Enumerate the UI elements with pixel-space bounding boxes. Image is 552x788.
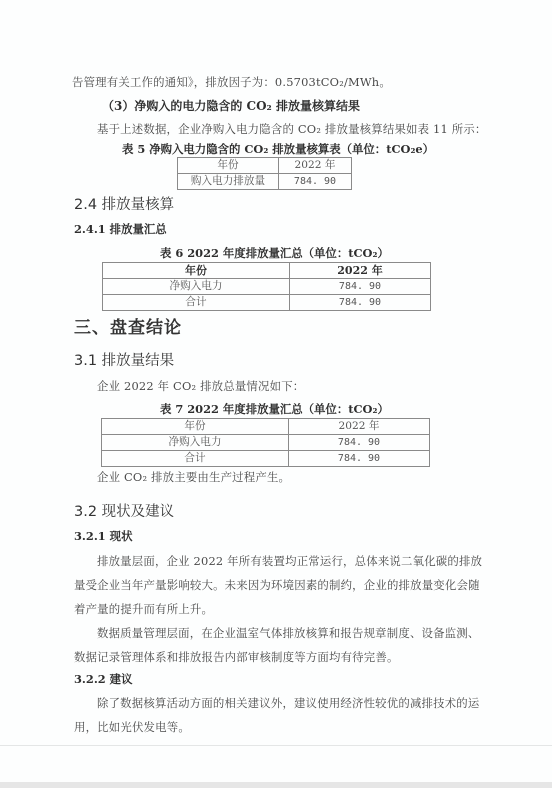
section-3-2-heading: 3.2 现状及建议 <box>74 500 174 521</box>
section-3-1-heading: 3.1 排放量结果 <box>74 349 174 370</box>
subheading-net-purchased-electricity: （3）净购入的电力隐含的 CO₂ 排放量核算结果 <box>102 97 360 114</box>
table-cell: 784. 90 <box>289 435 430 451</box>
paragraph-table-reference: 基于上述数据，企业净购入电力隐含的 CO₂ 排放量核算结果如表 11 所示： <box>97 121 487 137</box>
table-cell: 购入电力排放量 <box>178 174 279 190</box>
section-3-2-2-heading: 3.2.2 建议 <box>74 671 132 687</box>
table-header-row: 年份 2022 年 <box>102 419 430 435</box>
paragraph-status-line: 排放量层面，企业 2022 年所有装置均正常运行，总体来说二氧化碳的排放 <box>97 553 482 569</box>
table-row: 净购入电力 784. 90 <box>103 279 431 295</box>
paragraph-status-line: 量受企业当年产量影响较大。未来因为环境因素的制约，企业的排放量变化会随 <box>74 577 480 593</box>
paragraph-advice-line: 用，比如光伏发电等。 <box>74 719 190 735</box>
table7-caption: 表 7 2022 年度排放量汇总（单位：tCO₂） <box>160 401 389 417</box>
table-cell: 784. 90 <box>290 295 431 311</box>
table-row: 合计 784. 90 <box>103 295 431 311</box>
table7: 年份 2022 年 净购入电力 784. 90 合计 784. 90 <box>101 418 430 467</box>
table-header-cell: 年份 <box>103 263 290 279</box>
section-3-2-1-heading: 3.2.1 现状 <box>74 528 132 544</box>
document-page: 告管理有关工作的通知》，排放因子为：0.5703tCO₂/MWh。 （3）净购入… <box>0 0 552 788</box>
table-header-cell: 2022 年 <box>279 158 352 174</box>
section-2-4-1-heading: 2.4.1 排放量汇总 <box>74 221 167 237</box>
table-cell: 合计 <box>103 295 290 311</box>
table6-caption: 表 6 2022 年度排放量汇总（单位：tCO₂） <box>160 245 389 261</box>
intro-line: 告管理有关工作的通知》，排放因子为：0.5703tCO₂/MWh。 <box>72 74 391 90</box>
page-footer-divider <box>0 745 552 746</box>
table-header-row: 年份 2022 年 <box>103 263 431 279</box>
table-header-cell: 2022 年 <box>289 419 430 435</box>
table-cell: 净购入电力 <box>103 279 290 295</box>
page-bottom-edge <box>0 782 552 788</box>
table-cell: 净购入电力 <box>102 435 289 451</box>
paragraph-data-quality-line: 数据质量管理层面，在企业温室气体排放核算和报告规章制度、设备监测、 <box>97 625 480 641</box>
section-2-4-heading: 2.4 排放量核算 <box>74 193 174 214</box>
paragraph-advice-line: 除了数据核算活动方面的相关建议外，建议使用经济性较优的减排技术的运 <box>97 695 480 711</box>
table-header-row: 年份 2022 年 <box>178 158 352 174</box>
paragraph-total-emissions: 企业 2022 年 CO₂ 排放总量情况如下： <box>97 378 304 394</box>
table-row: 合计 784. 90 <box>102 451 430 467</box>
paragraph-status-line: 着产量的提升而有所上升。 <box>74 601 213 617</box>
chapter-3-heading: 三、盘查结论 <box>74 313 182 338</box>
table5: 年份 2022 年 购入电力排放量 784. 90 <box>177 157 352 190</box>
table-cell: 合计 <box>102 451 289 467</box>
table-cell: 784. 90 <box>289 451 430 467</box>
table-header-cell: 2022 年 <box>290 263 431 279</box>
table-cell: 784. 90 <box>279 174 352 190</box>
table6: 年份 2022 年 净购入电力 784. 90 合计 784. 90 <box>102 262 431 311</box>
table-header-cell: 年份 <box>102 419 289 435</box>
table-row: 净购入电力 784. 90 <box>102 435 430 451</box>
table-cell: 784. 90 <box>290 279 431 295</box>
paragraph-emission-source: 企业 CO₂ 排放主要由生产过程产生。 <box>97 469 290 485</box>
table-header-cell: 年份 <box>178 158 279 174</box>
table5-caption: 表 5 净购入电力隐含的 CO₂ 排放量核算表（单位：tCO₂e） <box>122 141 434 157</box>
table-row: 购入电力排放量 784. 90 <box>178 174 352 190</box>
paragraph-data-quality-line: 数据记录管理体系和排放报告内部审核制度等方面均有待完善。 <box>74 649 399 665</box>
